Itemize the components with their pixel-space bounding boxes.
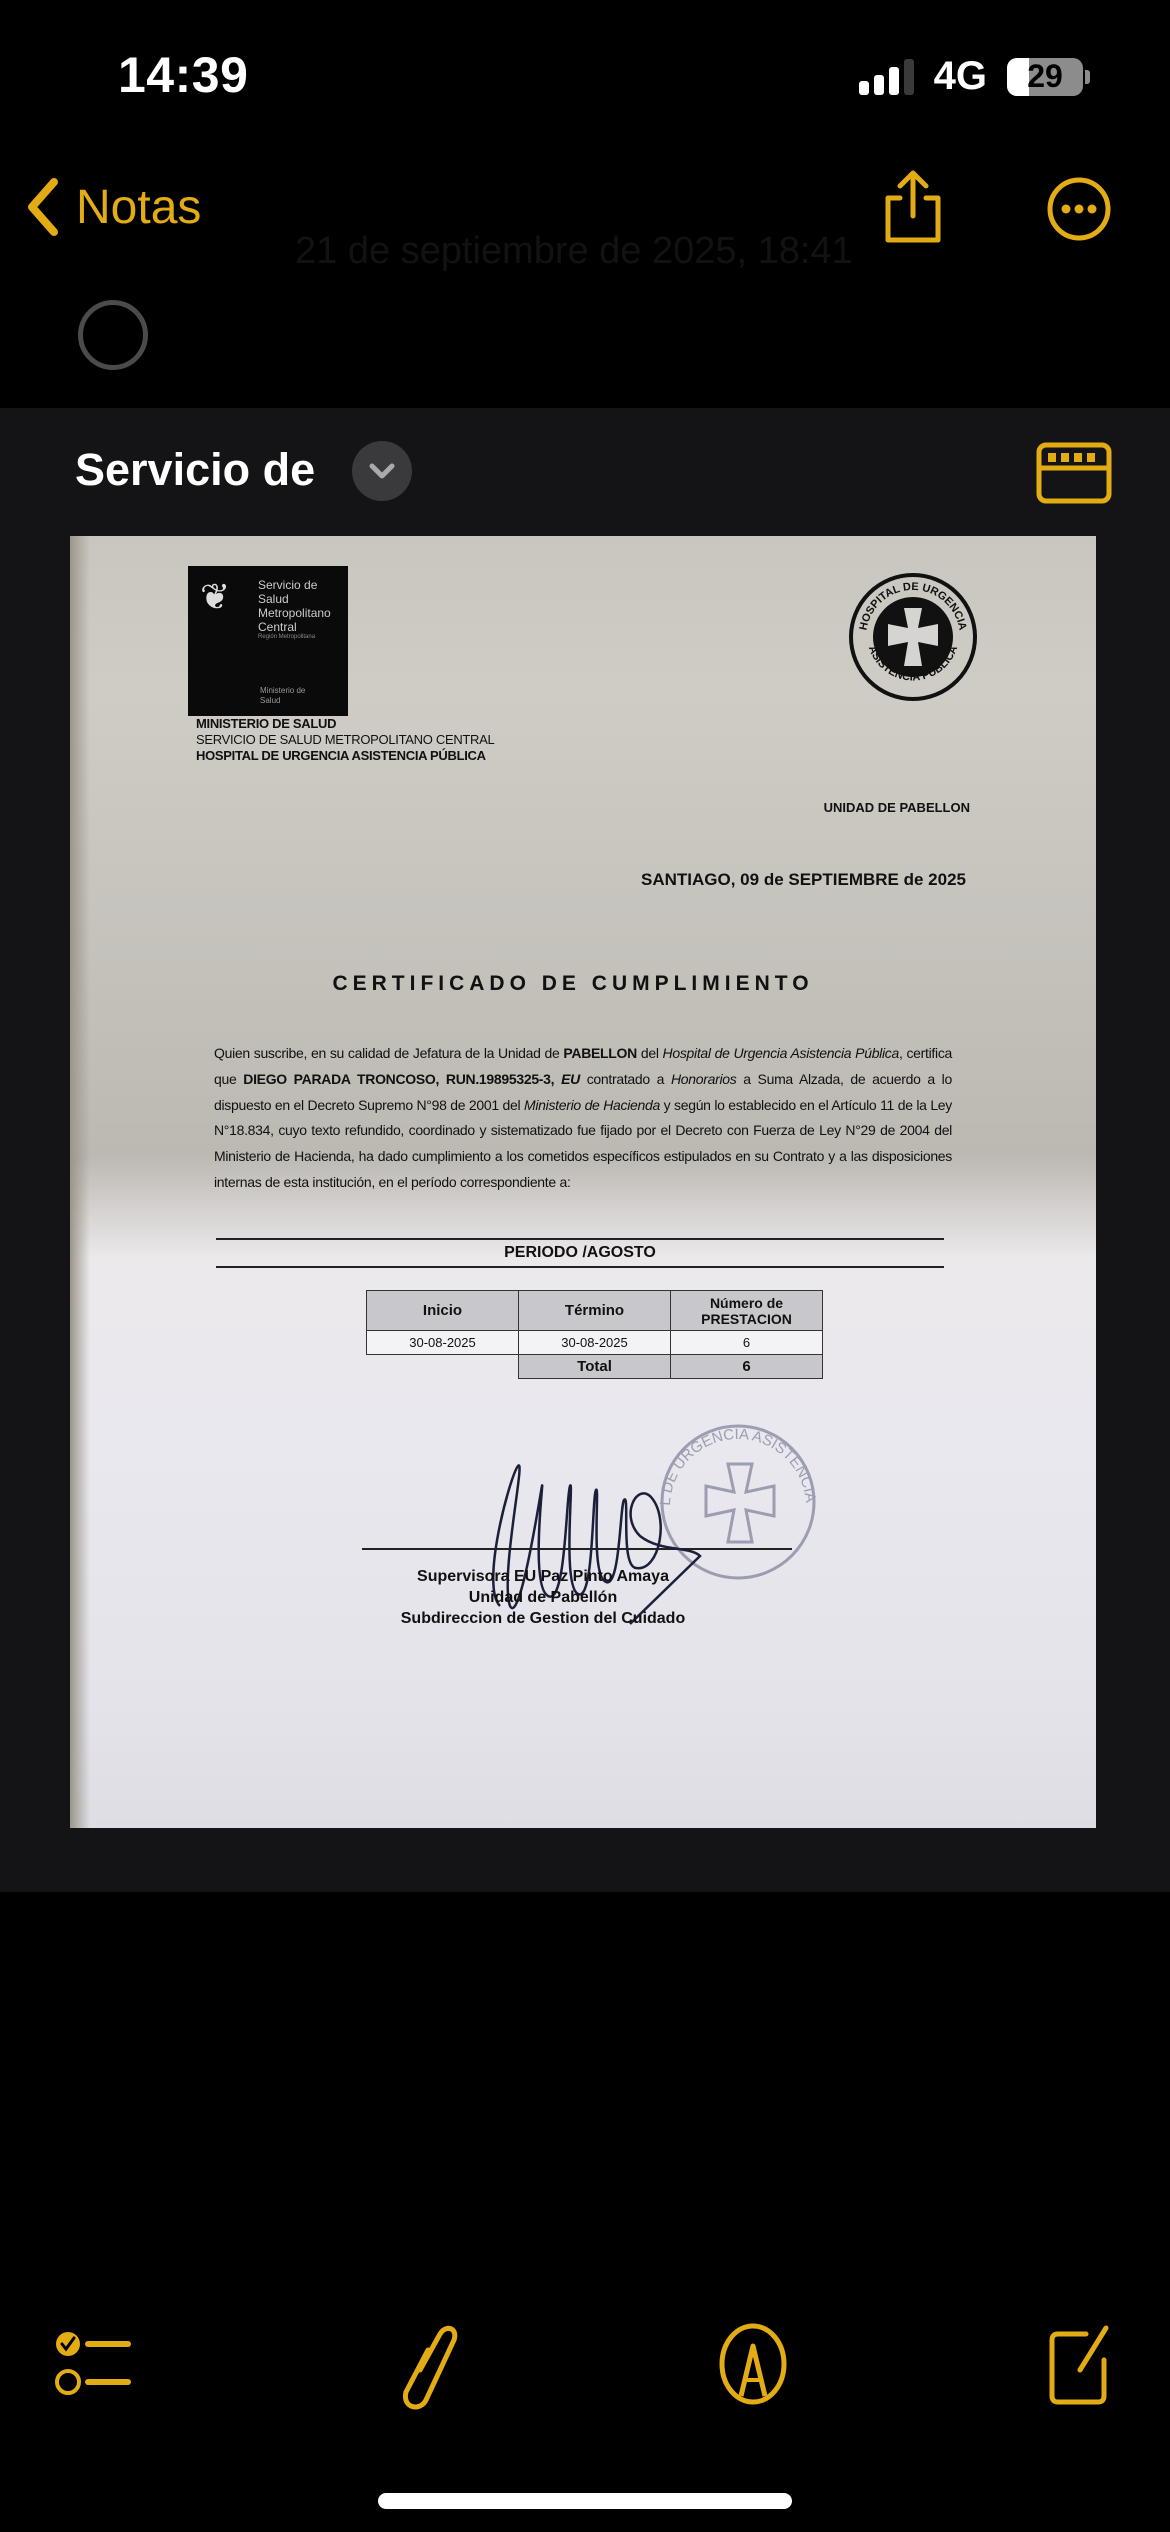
- scanned-document[interactable]: ❦ Servicio de Salud Metropolitano Centra…: [70, 536, 1096, 1828]
- body-text: del: [637, 1045, 663, 1061]
- battery-nub: [1085, 70, 1090, 84]
- logo-line: Servicio de: [258, 578, 331, 592]
- status-time: 14:39: [118, 46, 248, 104]
- table-row: 30-08-2025 30-08-2025 6: [367, 1331, 823, 1355]
- period-label: PERIODO /AGOSTO: [216, 1238, 944, 1268]
- body-text: contratado a: [580, 1071, 671, 1087]
- logo-ministry: Ministerio de Salud: [260, 686, 305, 706]
- signer-unit: Unidad de Pabellón: [70, 1587, 1016, 1608]
- paperclip-icon[interactable]: [392, 2320, 462, 2412]
- markup-icon[interactable]: [718, 2322, 788, 2406]
- coat-of-arms-icon: ❦: [200, 576, 230, 618]
- battery-icon: 29: [1007, 58, 1083, 96]
- attachment-menu-button[interactable]: [352, 441, 412, 501]
- table-cell: 30-08-2025: [519, 1331, 671, 1355]
- document-date: SANTIAGO, 09 de SEPTIEMBRE de 2025: [641, 870, 966, 890]
- hospital-seal-icon: HOSPITAL DE URGENCIA ASISTENCIA PUBLICA: [848, 572, 978, 702]
- prestation-table: Inicio Término Número de PRESTACION 30-0…: [366, 1290, 823, 1379]
- table-header: Inicio: [367, 1291, 519, 1331]
- status-indicators: 4G 29: [859, 54, 1090, 99]
- institution-line: SERVICIO DE SALUD METROPOLITANO CENTRAL: [196, 732, 494, 748]
- chevron-left-icon: [22, 176, 62, 238]
- logo-line: Central: [258, 620, 331, 634]
- back-button[interactable]: Notas: [22, 176, 201, 238]
- body-ministry: Ministerio de Hacienda: [524, 1097, 660, 1113]
- logo-ministry-line: Ministerio de: [260, 686, 305, 696]
- body-person: DIEGO PARADA TRONCOSO, RUN.19895325-3,: [243, 1071, 554, 1087]
- logo-line: Metropolitano: [258, 606, 331, 620]
- network-type: 4G: [934, 54, 987, 99]
- back-label: Notas: [76, 180, 201, 235]
- navigation-bar: Notas 21 de septiembre de 2025, 18:41: [0, 170, 1170, 250]
- checklist-circle[interactable]: [78, 300, 148, 370]
- signer-block: Supervisora EU Paz Pinto Amaya Unidad de…: [70, 1566, 1096, 1629]
- body-text: Quien suscribe, en su calidad de Jefatur…: [214, 1045, 563, 1061]
- body-hospital: Hospital de Urgencia Asistencia Pública: [663, 1045, 899, 1061]
- total-label: Total: [519, 1355, 671, 1379]
- body-unit: PABELLON: [563, 1045, 637, 1061]
- table-header-row: Inicio Término Número de PRESTACION: [367, 1291, 823, 1331]
- table-header: Número de PRESTACION: [671, 1291, 823, 1331]
- body-contract: Honorarios: [671, 1071, 736, 1087]
- signer-name: Supervisora EU Paz Pinto Amaya: [70, 1566, 1016, 1587]
- table-cell: 6: [671, 1331, 823, 1355]
- gallery-view-icon[interactable]: [1036, 442, 1112, 504]
- battery-percent: 29: [1027, 58, 1063, 95]
- logo-text: Servicio de Salud Metropolitano Central: [258, 578, 331, 634]
- home-indicator[interactable]: [378, 2493, 792, 2509]
- logo-subtext: Región Metropolitana: [258, 634, 315, 640]
- signer-department: Subdireccion de Gestion del Cuidado: [70, 1608, 1016, 1629]
- share-icon[interactable]: [880, 170, 946, 246]
- compose-icon[interactable]: [1046, 2324, 1116, 2410]
- logo-ministry-line: Salud: [260, 696, 305, 706]
- table-cell: 30-08-2025: [367, 1331, 519, 1355]
- total-value: 6: [671, 1355, 823, 1379]
- logo-line: Salud: [258, 592, 331, 606]
- institution-header: MINISTERIO DE SALUD SERVICIO DE SALUD ME…: [196, 716, 494, 764]
- unit-label: UNIDAD DE PABELLON: [824, 800, 970, 815]
- attachment-title: Servicio de: [75, 444, 315, 496]
- battery-fill: [1007, 58, 1029, 96]
- cellular-signal-icon: [859, 59, 914, 95]
- table-blank: [367, 1355, 519, 1379]
- checklist-icon[interactable]: [54, 2328, 134, 2402]
- bottom-toolbar: [0, 2320, 1170, 2410]
- institution-line: MINISTERIO DE SALUD: [196, 716, 494, 732]
- body-role: EU: [561, 1071, 580, 1087]
- ellipsis-circle-icon[interactable]: [1046, 176, 1112, 242]
- certificate-title: CERTIFICADO DE CUMPLIMIENTO: [70, 972, 1096, 996]
- ministry-logo: ❦ Servicio de Salud Metropolitano Centra…: [188, 566, 348, 716]
- table-total-row: Total 6: [367, 1355, 823, 1379]
- certificate-body: Quien suscribe, en su calidad de Jefatur…: [214, 1041, 952, 1196]
- institution-line: HOSPITAL DE URGENCIA ASISTENCIA PÚBLICA: [196, 748, 494, 764]
- table-header: Término: [519, 1291, 671, 1331]
- note-date: 21 de septiembre de 2025, 18:41: [295, 230, 853, 273]
- chevron-down-icon: [367, 461, 397, 481]
